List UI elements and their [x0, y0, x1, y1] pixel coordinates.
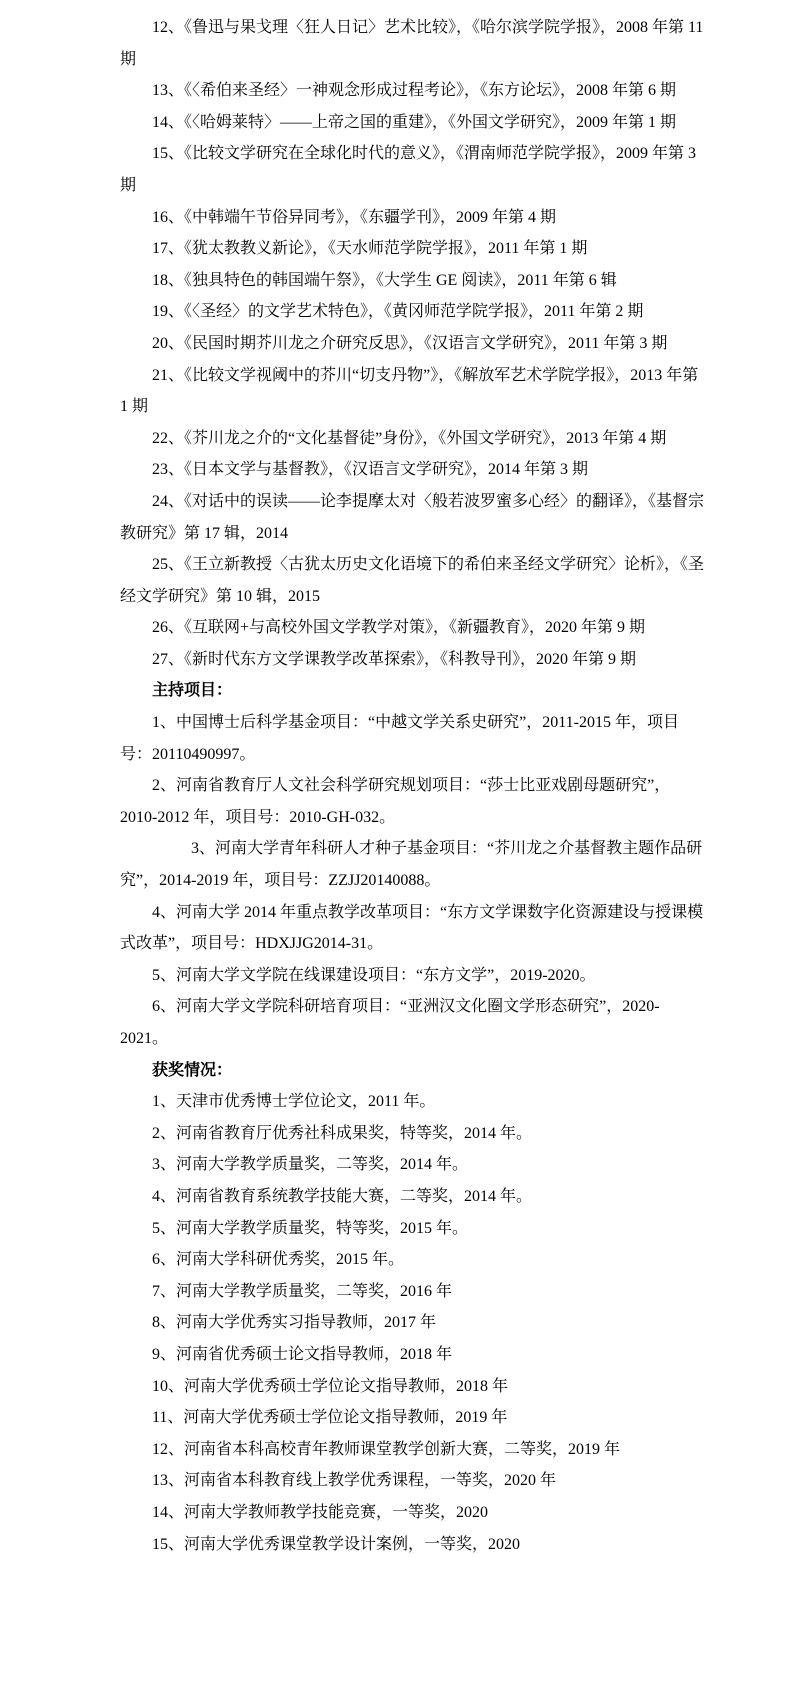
award-item: 3、河南大学教学质量奖，二等奖，2014 年。	[120, 1149, 705, 1181]
publication-item: 21、《比较文学视阈中的芥川“切支丹物”》，《解放军艺术学院学报》，2013 年…	[120, 360, 705, 423]
award-item: 8、河南大学优秀实习指导教师，2017 年	[120, 1307, 705, 1339]
publication-item: 20、《民国时期芥川龙之介研究反思》，《汉语言文学研究》，2011 年第 3 期	[120, 328, 705, 360]
award-item: 11、河南大学优秀硕士学位论文指导教师，2019 年	[120, 1402, 705, 1434]
project-item: 2、河南省教育厅人文社会科学研究规划项目：“莎士比亚戏剧母题研究”，2010-2…	[120, 770, 705, 833]
award-item: 7、河南大学教学质量奖，二等奖，2016 年	[120, 1276, 705, 1308]
publication-item: 12、《鲁迅与果戈理〈狂人日记〉艺术比较》，《哈尔滨学院学报》，2008 年第 …	[120, 12, 705, 75]
award-item: 6、河南大学科研优秀奖，2015 年。	[120, 1244, 705, 1276]
award-item: 5、河南大学教学质量奖，特等奖，2015 年。	[120, 1213, 705, 1245]
award-item: 13、河南省本科教育线上教学优秀课程，一等奖，2020 年	[120, 1465, 705, 1497]
publication-item: 15、《比较文学研究在全球化时代的意义》，《渭南师范学院学报》，2009 年第 …	[120, 138, 705, 201]
project-item: 6、河南大学文学院科研培育项目：“亚洲汉文化圈文学形态研究”，2020-2021…	[120, 991, 705, 1054]
project-item: 1、中国博士后科学基金项目：“中越文学关系史研究”，2011-2015 年，项目…	[120, 707, 705, 770]
publication-item: 13、《〈希伯来圣经〉一神观念形成过程考论》，《东方论坛》，2008 年第 6 …	[120, 75, 705, 107]
publication-item: 19、《〈圣经〉的文学艺术特色》，《黄冈师范学院学报》，2011 年第 2 期	[120, 296, 705, 328]
award-item: 10、河南大学优秀硕士学位论文指导教师，2018 年	[120, 1371, 705, 1403]
publication-item: 22、《芥川龙之介的“文化基督徒”身份》，《外国文学研究》，2013 年第 4 …	[120, 423, 705, 455]
publication-item: 18、《独具特色的韩国端午祭》，《大学生 GE 阅读》，2011 年第 6 辑	[120, 265, 705, 297]
publications-list: 12、《鲁迅与果戈理〈狂人日记〉艺术比较》，《哈尔滨学院学报》，2008 年第 …	[120, 12, 705, 675]
award-item: 2、河南省教育厅优秀社科成果奖，特等奖，2014 年。	[120, 1118, 705, 1150]
award-item: 1、天津市优秀博士学位论文，2011 年。	[120, 1086, 705, 1118]
publication-item: 27、《新时代东方文学课教学改革探索》，《科教导刊》，2020 年第 9 期	[120, 644, 705, 676]
award-item: 12、河南省本科高校青年教师课堂教学创新大赛，二等奖，2019 年	[120, 1434, 705, 1466]
publication-item: 26、《互联网+与高校外国文学教学对策》，《新疆教育》，2020 年第 9 期	[120, 612, 705, 644]
publication-item: 23、《日本文学与基督教》，《汉语言文学研究》，2014 年第 3 期	[120, 454, 705, 486]
publication-item: 17、《犹太教教义新论》，《天水师范学院学报》，2011 年第 1 期	[120, 233, 705, 265]
publication-item: 25、《王立新教授〈古犹太历史文化语境下的希伯来圣经文学研究〉论析》，《圣经文学…	[120, 549, 705, 612]
publication-item: 14、《〈哈姆莱特〉——上帝之国的重建》，《外国文学研究》，2009 年第 1 …	[120, 107, 705, 139]
document-page: 12、《鲁迅与果戈理〈狂人日记〉艺术比较》，《哈尔滨学院学报》，2008 年第 …	[0, 0, 800, 1590]
award-item: 15、河南大学优秀课堂教学设计案例，一等奖，2020	[120, 1529, 705, 1561]
publication-item: 16、《中韩端午节俗异同考》，《东疆学刊》，2009 年第 4 期	[120, 202, 705, 234]
awards-section: 获奖情况： 1、天津市优秀博士学位论文，2011 年。 2、河南省教育厅优秀社科…	[120, 1055, 705, 1561]
projects-heading: 主持项目：	[120, 675, 705, 707]
project-item: 4、河南大学 2014 年重点教学改革项目：“东方文学课数字化资源建设与授课模式…	[120, 897, 705, 960]
projects-section: 主持项目： 1、中国博士后科学基金项目：“中越文学关系史研究”，2011-201…	[120, 675, 705, 1054]
award-item: 9、河南省优秀硕士论文指导教师，2018 年	[120, 1339, 705, 1371]
award-item: 4、河南省教育系统教学技能大赛，二等奖，2014 年。	[120, 1181, 705, 1213]
project-item: 3、河南大学青年科研人才种子基金项目：“芥川龙之介基督教主题作品研究”，2014…	[120, 833, 705, 896]
project-item: 5、河南大学文学院在线课建设项目：“东方文学”，2019-2020。	[120, 960, 705, 992]
publication-item: 24、《对话中的误读——论李提摩太对〈般若波罗蜜多心经〉的翻译》，《基督宗教研究…	[120, 486, 705, 549]
award-item: 14、河南大学教师教学技能竞赛，一等奖，2020	[120, 1497, 705, 1529]
awards-heading: 获奖情况：	[120, 1055, 705, 1087]
